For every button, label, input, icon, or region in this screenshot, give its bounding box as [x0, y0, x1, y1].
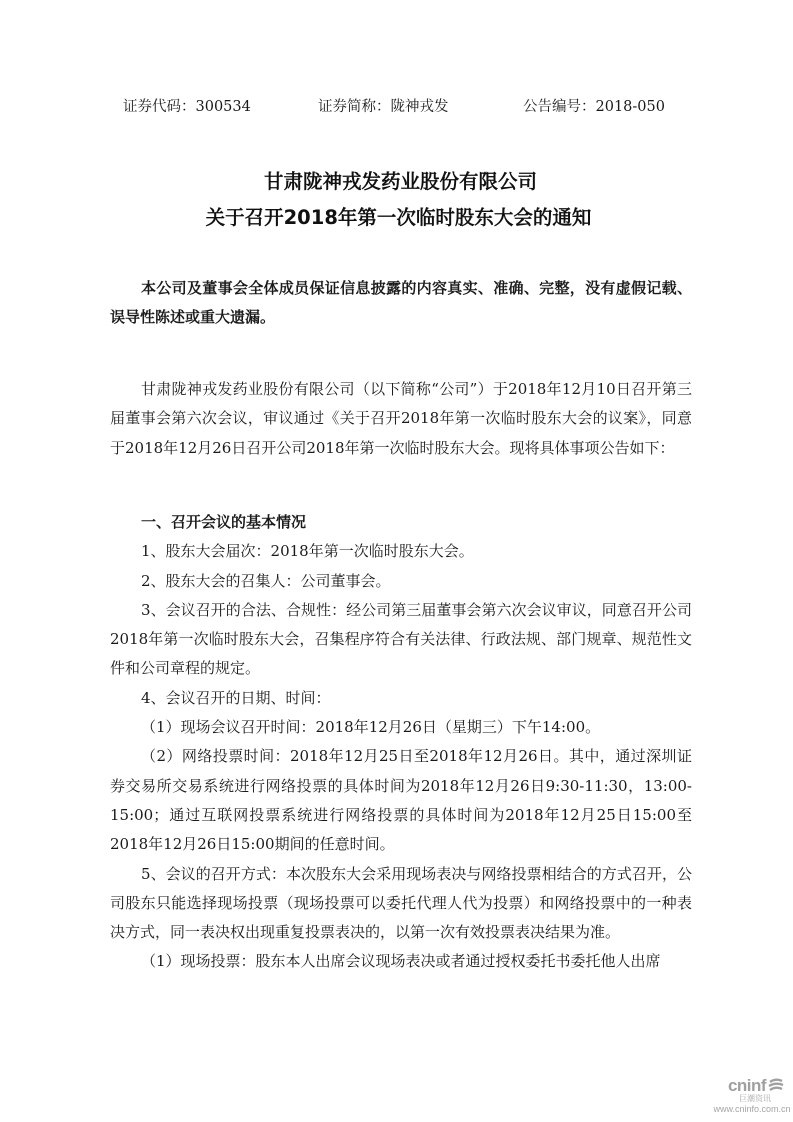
list-item: （1）现场投票：股东本人出席会议现场表决或者通过授权委托书委托他人出席 [110, 947, 692, 976]
company-name-title: 甘肃陇神戎发药业股份有限公司 [4, 169, 793, 195]
list-item: （2）网络投票时间：2018年12月25日至2018年12月26日。其中，通过深… [110, 742, 692, 859]
section-basic-info: 一、召开会议的基本情况 1、股东大会届次：2018年第一次临时股东大会。 2、股… [110, 508, 692, 977]
cninfo-url: www.cninfo.com.cn [712, 1104, 792, 1115]
intro-text: 甘肃陇神戎发药业股份有限公司（以下简称“公司”）于2018年12月10日召开第三… [110, 375, 692, 463]
list-item: 1、股东大会届次：2018年第一次临时股东大会。 [110, 537, 692, 566]
swirl-logo-icon [768, 1078, 784, 1092]
board-declaration: 本公司及董事会全体成员保证信息披露的内容真实、准确、完整，没有虚假记载、误导性陈… [110, 274, 692, 333]
stock-code: 证券代码：300534 [123, 97, 251, 117]
announcement-number: 公告编号：2018-050 [523, 97, 665, 117]
notice-title: 关于召开2018年第一次临时股东大会的通知 [2, 205, 793, 231]
intro-paragraph: 甘肃陇神戎发药业股份有限公司（以下简称“公司”）于2018年12月10日召开第三… [110, 375, 692, 463]
list-item: （1）现场会议召开时间：2018年12月26日（星期三）下午14:00。 [110, 713, 692, 742]
list-item: 2、股东大会的召集人：公司董事会。 [110, 567, 692, 596]
declaration-text: 本公司及董事会全体成员保证信息披露的内容真实、准确、完整，没有虚假记载、误导性陈… [110, 274, 692, 333]
list-item: 5、会议的召开方式：本次股东大会采用现场表决与网络投票相结合的方式召开，公司股东… [110, 860, 692, 948]
cninfo-watermark: cninf 巨潮资讯 www.cninfo.com.cn [712, 1078, 792, 1115]
list-item: 3、会议召开的合法、合规性：经公司第三届董事会第六次会议审议，同意召开公司201… [110, 596, 692, 684]
cninfo-chinese-name: 巨潮资讯 [712, 1094, 792, 1104]
list-item: 4、会议召开的日期、时间： [110, 684, 692, 713]
document-page: 证券代码：300534 证券简称：陇神戎发 公告编号：2018-050 甘肃陇神… [0, 0, 793, 1122]
cninfo-logo: cninf [712, 1078, 792, 1094]
logo-text: cninf [728, 1076, 766, 1095]
section-heading: 一、召开会议的基本情况 [110, 508, 692, 537]
stock-abbreviation: 证券简称：陇神戎发 [318, 97, 449, 117]
